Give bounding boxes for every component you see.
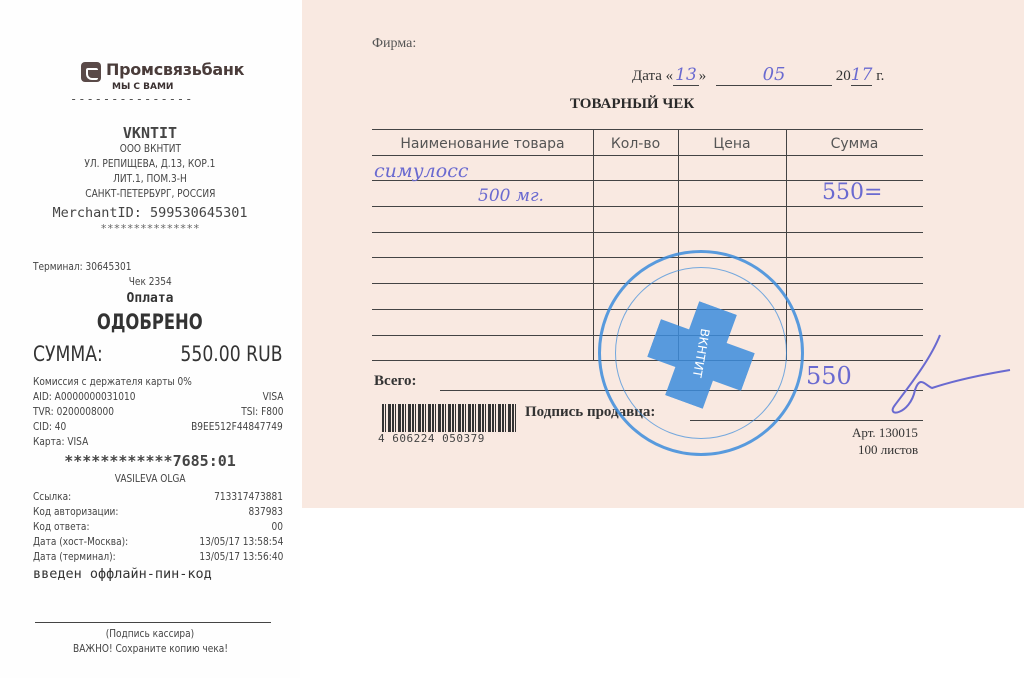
txn-row: Ссылка: 713317473881	[33, 490, 283, 503]
cashier-signature-label: (Подпись кассира)	[106, 627, 194, 640]
total-label: Всего:	[374, 373, 416, 390]
year-unit: г.	[876, 68, 884, 84]
approval-status: ОДОБРЕНО	[97, 310, 203, 334]
cryptogram-value: B9EE512F44847749	[191, 420, 283, 433]
column-header-price: Цена	[678, 136, 786, 152]
merchant-short-name: VKNTIT	[0, 124, 300, 142]
masked-card-number: ************7685:01	[0, 452, 300, 470]
date-month: 05	[716, 64, 832, 86]
txn-row: Дата (терминал): 13/05/17 13:56:40	[33, 550, 283, 563]
bank-name: Промсвязьбанк	[106, 60, 244, 79]
address-line-3: САНКТ-ПЕТЕРБУРГ, РОССИЯ	[85, 187, 215, 200]
response-code-value: 00	[272, 520, 283, 533]
table-row-line	[372, 129, 923, 130]
year-suffix: 17	[851, 65, 873, 86]
amount-value: 550.00 RUB	[181, 342, 283, 366]
column-header-qty: Кол-во	[593, 136, 678, 152]
table-column-line	[593, 129, 594, 360]
emv-row: CID: 40 B9EE512F44847749	[33, 420, 283, 433]
merchant-legal-name: ООО ВКНТИТ	[119, 142, 180, 155]
merchant-id: MerchantID: 599530645301	[0, 205, 300, 221]
cid-value: CID: 40	[33, 420, 66, 433]
signature-scribble-icon	[870, 330, 1020, 420]
response-code-label: Код ответа:	[33, 520, 89, 533]
column-header-sum: Сумма	[786, 136, 923, 152]
tsi-value: TSI: F800	[241, 405, 283, 418]
cashier-signature-line	[35, 622, 271, 623]
sheet-count: 100 листов	[858, 442, 918, 458]
host-date-value: 13/05/17 13:58:54	[199, 535, 283, 548]
tvr-value: TVR: 0200008000	[33, 405, 114, 418]
table-row-line	[372, 206, 923, 207]
host-date-label: Дата (хост-Москва):	[33, 535, 128, 548]
card-type: Карта: VISA	[33, 435, 88, 448]
reference-value: 713317473881	[214, 490, 283, 503]
item-name-line1: симулосс	[374, 160, 468, 182]
address-line-2: ЛИТ.1, ПОМ.3-Н	[113, 172, 187, 185]
cardholder-name: VASILEVA OLGA	[115, 472, 186, 485]
operation-type: Оплата	[0, 291, 300, 306]
address-line-1: УЛ. РЕПИЩЕВА, Д.13, КОР.1	[84, 157, 215, 170]
stars-divider: ***************	[0, 222, 300, 235]
check-number: Чек 2354	[128, 275, 171, 288]
auth-code-label: Код авторизации:	[33, 505, 118, 518]
txn-row: Код ответа: 00	[33, 520, 283, 533]
card-terminal-slip: Промсвязьбанк МЫ С ВАМИ --------------- …	[0, 0, 300, 678]
date-close: »	[699, 68, 707, 84]
article-number: Арт. 130015	[852, 425, 918, 441]
bank-slogan: МЫ С ВАМИ	[112, 82, 173, 92]
item-sum: 550=	[822, 180, 882, 205]
year-prefix: 20	[836, 68, 851, 84]
auth-code-value: 837983	[249, 505, 283, 518]
commission-note: Комиссия с держателя карты 0%	[33, 375, 192, 388]
company-stamp: ВКНТИТ	[598, 250, 804, 456]
terminal-date-label: Дата (терминал):	[33, 550, 116, 563]
aid-scheme: VISA	[262, 390, 283, 403]
aid-value: AID: A0000000031010	[33, 390, 135, 403]
date-label: Дата «	[632, 68, 673, 84]
reference-label: Ссылка:	[33, 490, 71, 503]
emv-row: TVR: 0200008000 TSI: F800	[33, 405, 283, 418]
item-name-line2: 500 мг.	[478, 186, 544, 206]
pin-note: введен оффлайн-пин-код	[33, 566, 212, 582]
date-row: Дата «13» 05 2017 г.	[632, 64, 884, 86]
barcode-number: 4 606224 050379	[378, 432, 518, 445]
bank-logo-icon	[81, 62, 101, 82]
terminal-date-value: 13/05/17 13:56:40	[199, 550, 283, 563]
txn-row: Код авторизации: 837983	[33, 505, 283, 518]
emv-row: AID: A0000000031010 VISA	[33, 390, 283, 403]
divider: ---------------	[70, 92, 193, 106]
table-row-line	[372, 257, 923, 258]
table-row-line	[372, 155, 923, 156]
firm-label: Фирма:	[372, 36, 416, 52]
table-row-line	[372, 232, 923, 233]
keep-copy-note: ВАЖНО! Сохраните копию чека!	[73, 642, 228, 655]
total-value: 550	[806, 362, 852, 390]
receipt-title: ТОВАРНЫЙ ЧЕК	[570, 96, 694, 113]
amount-label: СУММА:	[33, 342, 103, 366]
txn-row: Дата (хост-Москва): 13/05/17 13:58:54	[33, 535, 283, 548]
date-day: 13	[673, 65, 699, 86]
column-header-name: Наименование товара	[372, 136, 593, 152]
terminal-id: Терминал: 30645301	[33, 260, 131, 273]
